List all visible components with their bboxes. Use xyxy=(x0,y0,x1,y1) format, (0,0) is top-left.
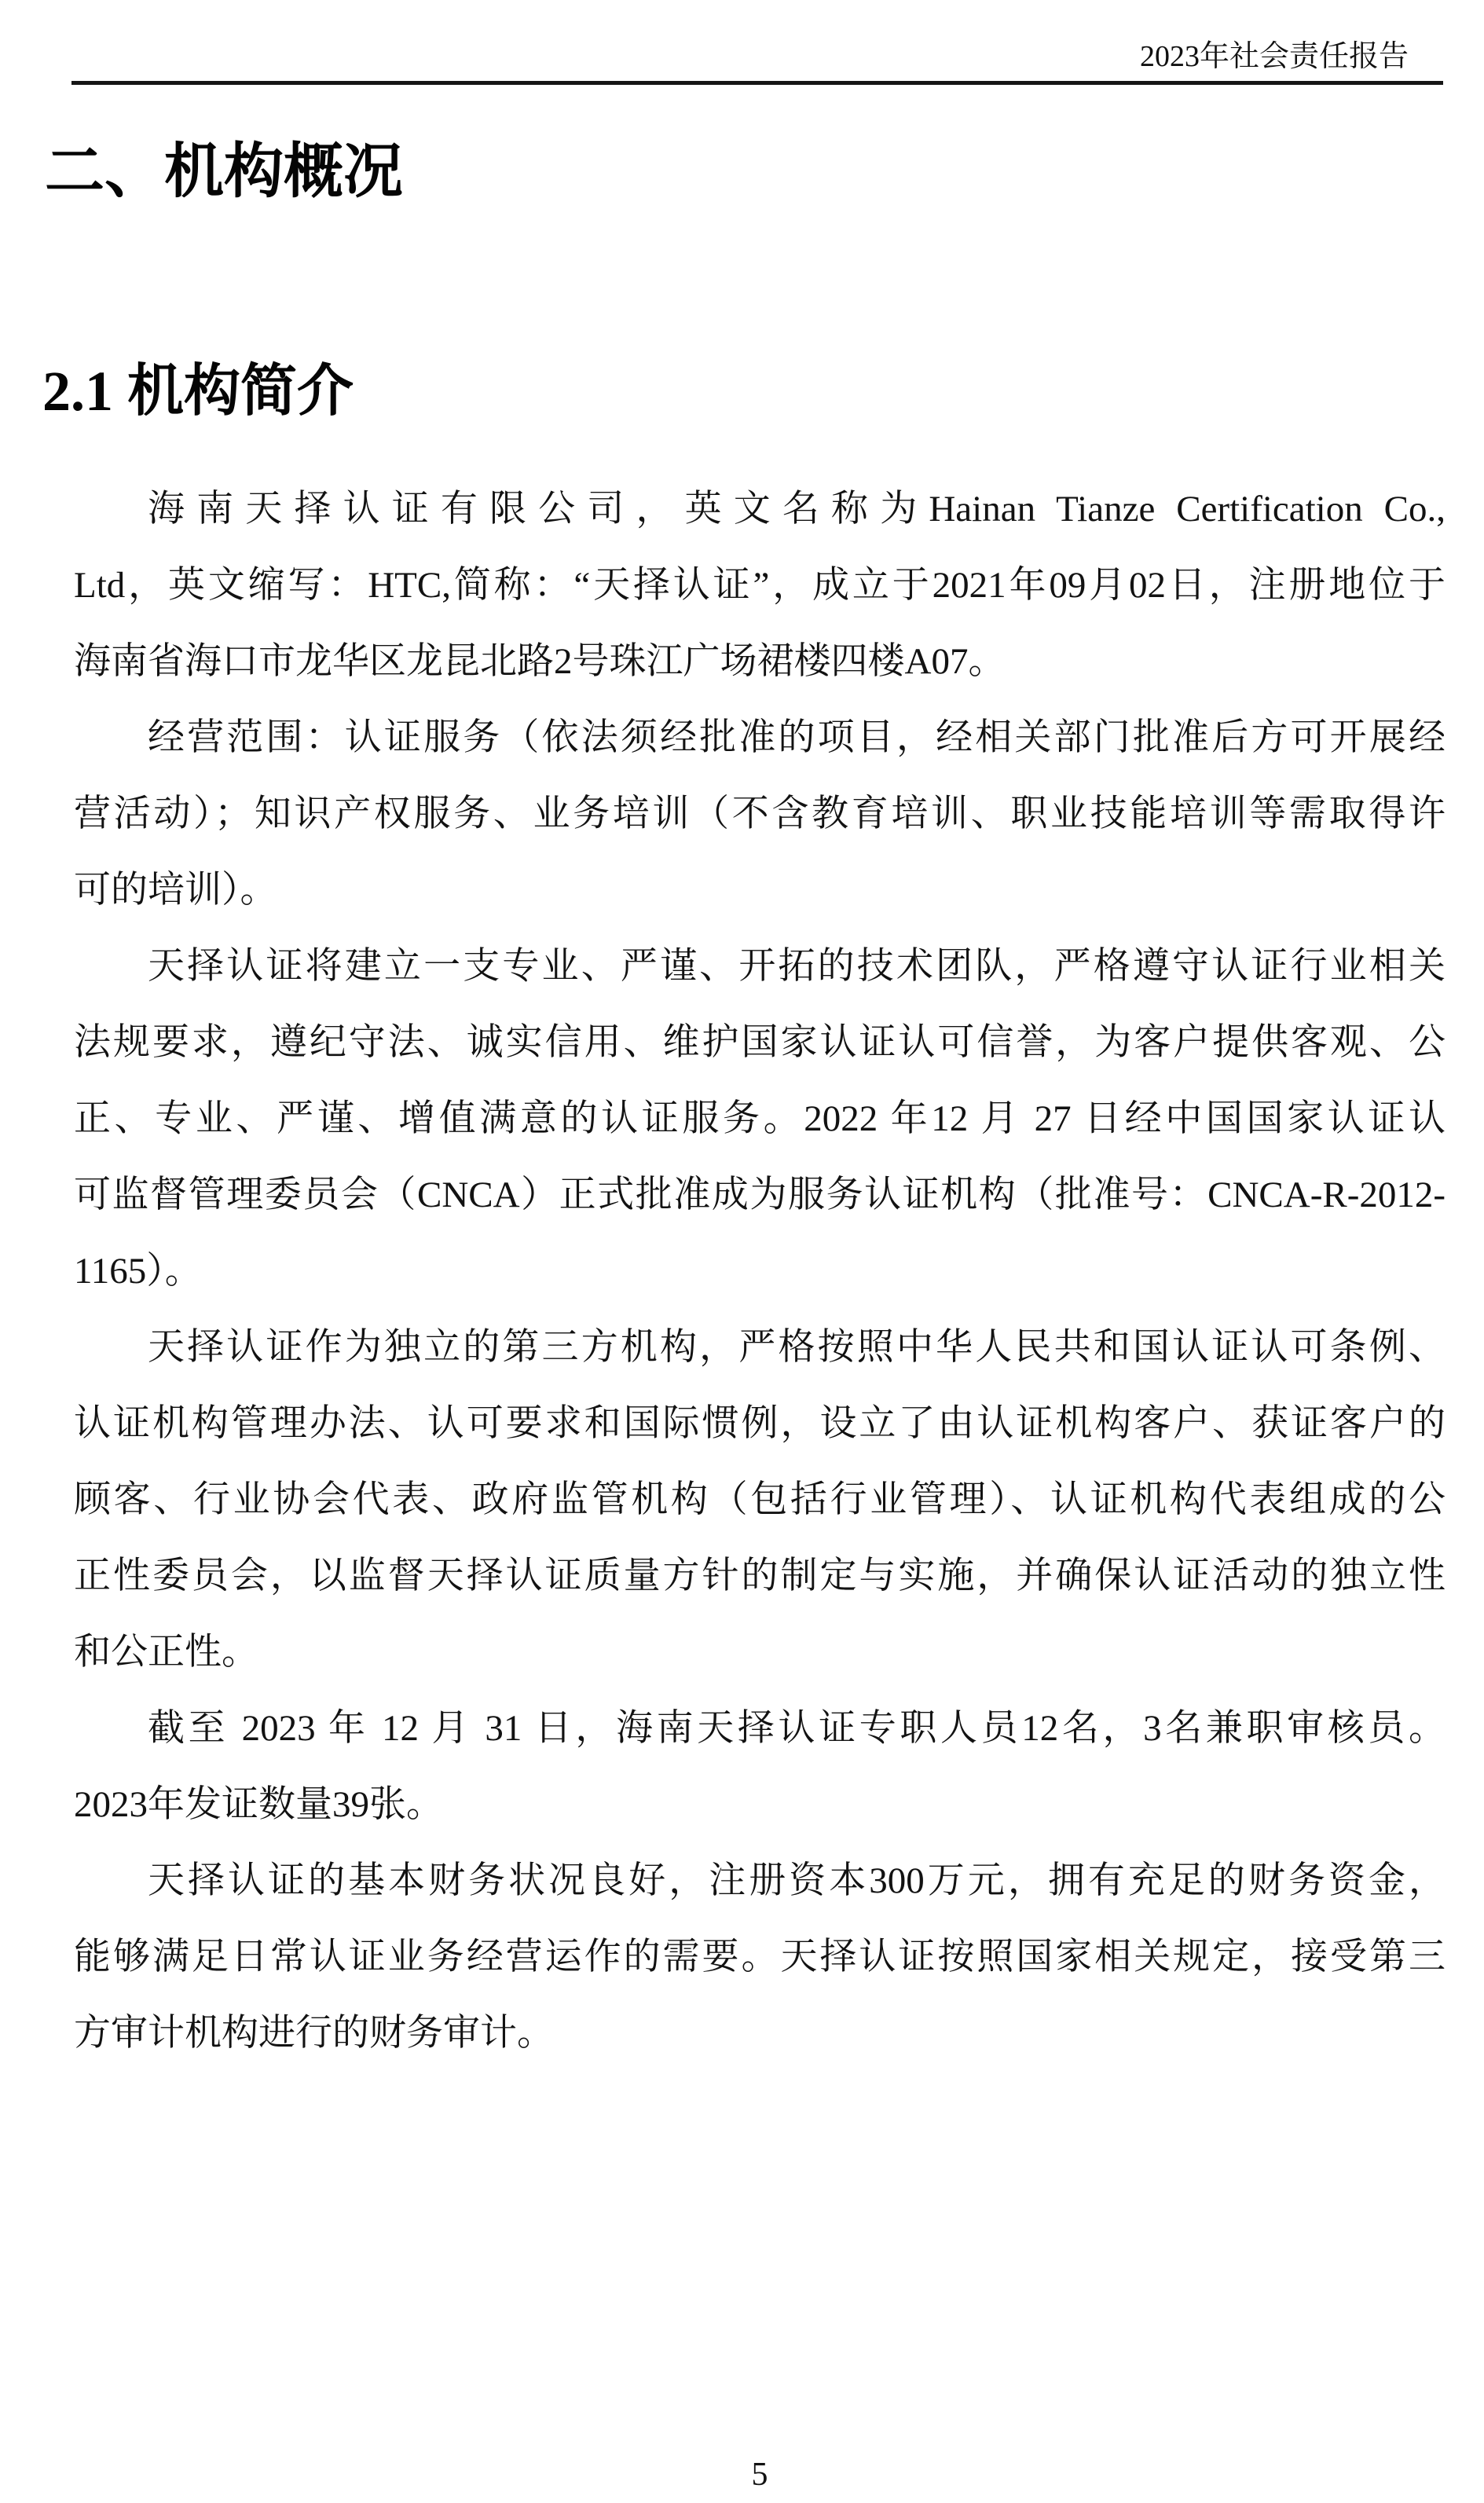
body-paragraph: 经营范围：认证服务（依法须经批准的项目，经相关部门批准后方可开展经营活动）；知识… xyxy=(74,700,1446,929)
body-line: 1165）。 xyxy=(74,1233,1446,1310)
document-page: { "page": { "header_title": "2023年社会责任报告… xyxy=(0,0,1484,2503)
body-paragraph: 海南天择认证有限公司，英文名称为Hainan Tianze Certificat… xyxy=(74,471,1446,700)
chapter-heading: 二、机构概况 xyxy=(45,138,403,206)
body-line: 认证机构管理办法、认可要求和国际惯例，设立了由认证机构客户、获证客户的 xyxy=(74,1386,1446,1462)
body-paragraph: 天择认证作为独立的第三方机构，严格按照中华人民共和国认证认可条例、认证机构管理办… xyxy=(74,1310,1446,1691)
body-line: 可的培训）。 xyxy=(74,852,1446,929)
body-paragraphs: 海南天择认证有限公司，英文名称为Hainan Tianze Certificat… xyxy=(74,471,1446,2072)
body-line: Ltd，英文缩写：HTC,简称：“天择认证”，成立于2021年09月02日，注册… xyxy=(74,548,1446,624)
section-heading: 2.1 机构简介 xyxy=(42,358,354,424)
body-paragraph: 天择认证的基本财务状况良好，注册资本300万元，拥有充足的财务资金，能够满足日常… xyxy=(74,1843,1446,2072)
body-line: 天择认证作为独立的第三方机构，严格按照中华人民共和国认证认可条例、 xyxy=(74,1310,1446,1386)
body-paragraph: 天择认证将建立一支专业、严谨、开拓的技术团队，严格遵守认证行业相关法规要求，遵纪… xyxy=(74,929,1446,1310)
body-line: 天择认证的基本财务状况良好，注册资本300万元，拥有充足的财务资金， xyxy=(74,1843,1446,1919)
body-line: 截至 2023 年 12 月 31 日，海南天择认证专职人员12名，3名兼职审核… xyxy=(74,1691,1446,1767)
body-line: 法规要求，遵纪守法、诚实信用、维护国家认证认可信誉，为客户提供客观、公 xyxy=(74,1005,1446,1081)
body-line: 营活动）；知识产权服务、业务培训（不含教育培训、职业技能培训等需取得许 xyxy=(74,776,1446,852)
body-line: 正性委员会，以监督天择认证质量方针的制定与实施，并确保认证活动的独立性 xyxy=(74,1538,1446,1614)
body-line: 天择认证将建立一支专业、严谨、开拓的技术团队，严格遵守认证行业相关 xyxy=(74,929,1446,1005)
body-line: 海南省海口市龙华区龙昆北路2号珠江广场裙楼四楼A07。 xyxy=(74,624,1446,700)
body-line: 经营范围：认证服务（依法须经批准的项目，经相关部门批准后方可开展经 xyxy=(74,700,1446,776)
body-line: 2023年发证数量39张。 xyxy=(74,1767,1446,1843)
body-line: 可监督管理委员会（CNCA）正式批准成为服务认证机构（批准号：CNCA-R-20… xyxy=(74,1157,1446,1233)
page-number: 5 xyxy=(74,2456,1446,2494)
body-line: 能够满足日常认证业务经营运作的需要。天择认证按照国家相关规定，接受第三 xyxy=(74,1919,1446,1995)
page-header-title: 2023年社会责任报告 xyxy=(1140,39,1409,74)
header-rule xyxy=(71,81,1443,85)
body-paragraph: 截至 2023 年 12 月 31 日，海南天择认证专职人员12名，3名兼职审核… xyxy=(74,1691,1446,1843)
body-line: 和公正性。 xyxy=(74,1614,1446,1691)
body-line: 正、专业、严谨、增值满意的认证服务。2022 年12 月 27 日经中国国家认证… xyxy=(74,1081,1446,1157)
body-line: 海南天择认证有限公司，英文名称为Hainan Tianze Certificat… xyxy=(74,471,1446,548)
body-line: 顾客、行业协会代表、政府监管机构（包括行业管理）、认证机构代表组成的公 xyxy=(74,1462,1446,1538)
body-line: 方审计机构进行的财务审计。 xyxy=(74,1995,1446,2072)
